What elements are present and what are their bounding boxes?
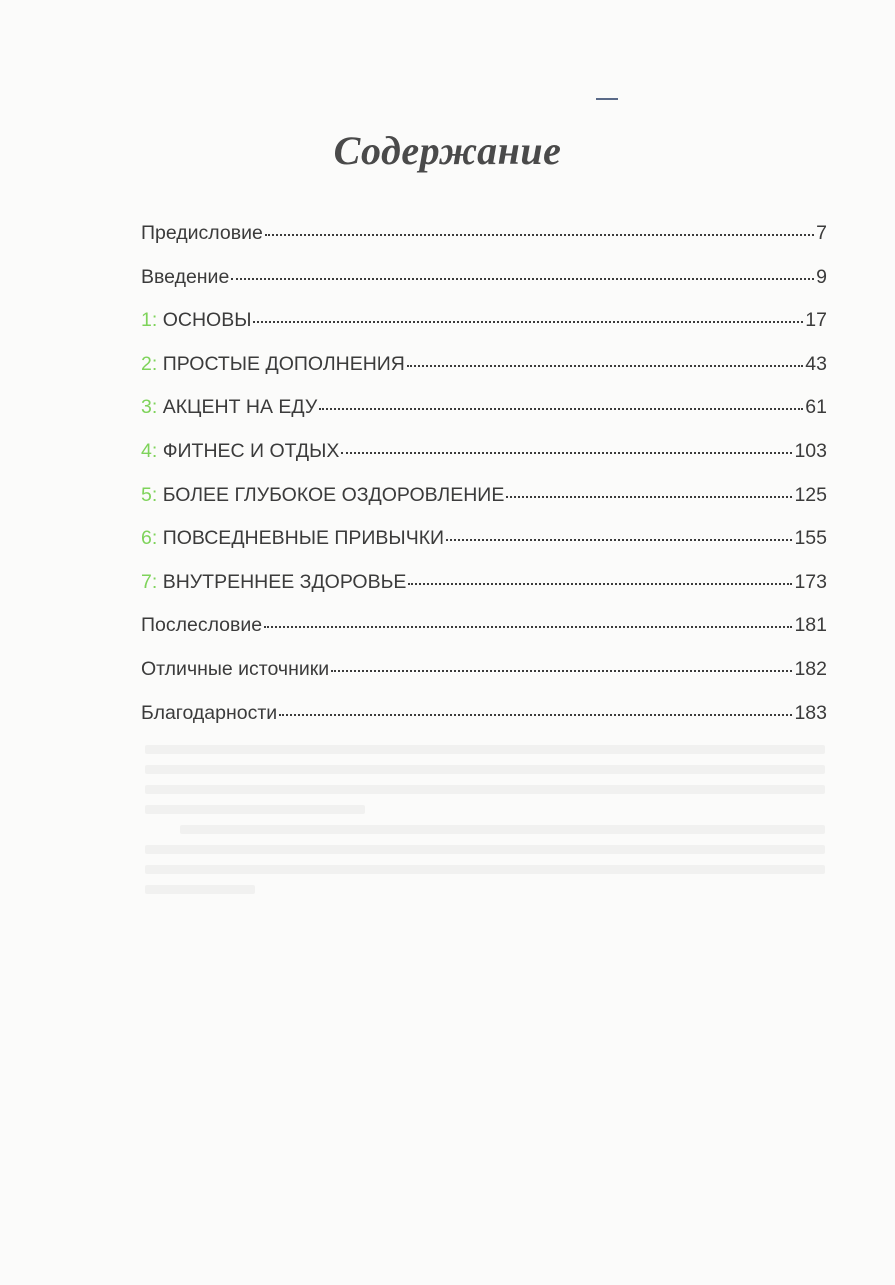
- toc-entry: 5: БОЛЕЕ ГЛУБОКОЕ ОЗДОРОВЛЕНИЕ125: [141, 484, 827, 528]
- dot-leader: [253, 319, 803, 323]
- chapter-number: 1:: [141, 309, 157, 332]
- dot-leader: [408, 581, 792, 585]
- toc-entry: Послесловие181: [141, 614, 827, 658]
- table-of-contents: Предисловие7Введение91: ОСНОВЫ172: ПРОСТ…: [141, 222, 827, 745]
- page-number: 61: [805, 396, 827, 419]
- dot-leader: [319, 406, 803, 410]
- dot-leader: [446, 537, 792, 541]
- page-number: 103: [794, 440, 827, 463]
- toc-entry: 4: ФИТНЕС И ОТДЫХ103: [141, 440, 827, 484]
- toc-entry: Благодарности183: [141, 702, 827, 746]
- page-number: 155: [794, 527, 827, 550]
- toc-label: Предисловие: [141, 222, 263, 245]
- dot-leader: [407, 363, 803, 367]
- toc-entry: Введение9: [141, 266, 827, 310]
- chapter-number: 2:: [141, 353, 157, 376]
- toc-entry: 1: ОСНОВЫ17: [141, 309, 827, 353]
- chapter-number: 7:: [141, 571, 157, 594]
- toc-entry: Отличные источники182: [141, 658, 827, 702]
- toc-label: БОЛЕЕ ГЛУБОКОЕ ОЗДОРОВЛЕНИЕ: [163, 484, 505, 507]
- page-number: 182: [794, 658, 827, 681]
- toc-entry: 7: ВНУТРЕННЕЕ ЗДОРОВЬЕ173: [141, 571, 827, 615]
- dot-leader: [279, 712, 792, 716]
- chapter-number: 5:: [141, 484, 157, 507]
- toc-label: ФИТНЕС И ОТДЫХ: [163, 440, 340, 463]
- toc-label: ПОВСЕДНЕВНЫЕ ПРИВЫЧКИ: [163, 527, 444, 550]
- toc-label: АКЦЕНТ НА ЕДУ: [163, 396, 318, 419]
- dot-leader: [341, 450, 792, 454]
- dot-leader: [264, 624, 792, 628]
- chapter-number: 4:: [141, 440, 157, 463]
- toc-entry: 3: АКЦЕНТ НА ЕДУ61: [141, 396, 827, 440]
- toc-label: Благодарности: [141, 702, 277, 725]
- toc-entry: Предисловие7: [141, 222, 827, 266]
- page-number: 181: [794, 614, 827, 637]
- page-number: 183: [794, 702, 827, 725]
- toc-entry: 2: ПРОСТЫЕ ДОПОЛНЕНИЯ43: [141, 353, 827, 397]
- dot-leader: [506, 494, 792, 498]
- toc-label: ОСНОВЫ: [163, 309, 252, 332]
- toc-label: ВНУТРЕННЕЕ ЗДОРОВЬЕ: [163, 571, 407, 594]
- toc-entry: 6: ПОВСЕДНЕВНЫЕ ПРИВЫЧКИ155: [141, 527, 827, 571]
- chapter-number: 6:: [141, 527, 157, 550]
- toc-label: Послесловие: [141, 614, 262, 637]
- toc-label: Введение: [141, 266, 229, 289]
- page-number: 9: [816, 266, 827, 289]
- dot-leader: [265, 232, 814, 236]
- page-number: 173: [794, 571, 827, 594]
- dot-leader: [331, 668, 792, 672]
- toc-label: ПРОСТЫЕ ДОПОЛНЕНИЯ: [163, 353, 405, 376]
- page-number: 17: [805, 309, 827, 332]
- page-number: 43: [805, 353, 827, 376]
- toc-label: Отличные источники: [141, 658, 329, 681]
- page-number: 7: [816, 222, 827, 245]
- chapter-number: 3:: [141, 396, 157, 419]
- scan-mark: [596, 98, 618, 100]
- dot-leader: [231, 276, 814, 280]
- page-title: Содержание: [0, 127, 895, 174]
- page-number: 125: [794, 484, 827, 507]
